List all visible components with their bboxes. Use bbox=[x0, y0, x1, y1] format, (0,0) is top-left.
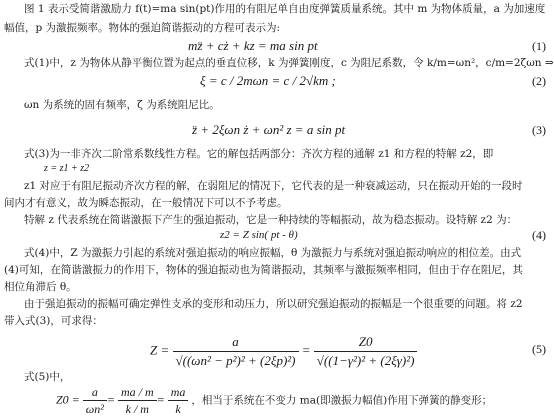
equation-number: (4) bbox=[532, 228, 546, 242]
paragraph-line: 式(3)为一非齐次二阶常系数线性方程。它的解包括两部分：齐次方程的通解 z1 和… bbox=[24, 147, 493, 161]
equation-number: (3) bbox=[532, 123, 546, 137]
paragraph-line: 由于强迫振动的振幅可确定弹性支承的变形和动压力，所以研究强迫振动的振幅是一个很重… bbox=[24, 297, 523, 311]
equation-number: (2) bbox=[532, 74, 546, 88]
paragraph-line: 式(4)中，Z 为激振力引起的系统对强迫振动的响应振幅，θ 为激振力与系统对强迫… bbox=[24, 246, 521, 260]
eq5-lhs: Z = bbox=[150, 342, 169, 357]
eq6-fraction-3: ma k bbox=[168, 384, 189, 417]
paragraph-line: (4)可知，在简谐激振力的作用下，物体的强迫振动也为简谐振动，其频率与激振频率相… bbox=[4, 263, 523, 277]
paragraph-line: 式(1)中，z 为物体从静平衡位置为起点的垂直位移，k 为弹簧刚度，c 为阻尼系… bbox=[24, 56, 554, 70]
equation-5: Z = a √((ωn² − p²)² + (2ξp)²) = Z0 √((1−… bbox=[150, 333, 417, 370]
equation-4: z2 = Z sin( pt - θ) bbox=[220, 228, 298, 242]
eq5-fraction-1: a √((ωn² − p²)² + (2ξp)²) bbox=[173, 333, 299, 370]
paragraph-line: ωn 为系统的固有频率，ζ 为系统阻尼比。 bbox=[24, 98, 220, 112]
eq5-fraction-2: Z0 √((1−γ²)² + (2ξγ)²) bbox=[314, 333, 418, 370]
equation-2: ξ = c / 2mωn = c / 2√km ; bbox=[200, 74, 336, 88]
equation-3: z̈ + 2ξωn ż + ωn² z = a sin pt bbox=[192, 123, 345, 137]
equation-number: (5) bbox=[532, 342, 546, 356]
paragraph-line: 相位角滞后 θ。 bbox=[4, 280, 77, 294]
equation-6: Z0 = a ωn² = ma / m k / m = ma k ，相当于系统在… bbox=[56, 384, 492, 417]
paragraph-line: 带入式(3)，可求得： bbox=[4, 314, 103, 328]
paragraph-line: 图 1 表示受简谐激励力 f(t)=ma sin(pt)作用的有阻尼单自由度弹簧… bbox=[24, 2, 545, 16]
paragraph-line: z = z1 + z2 bbox=[44, 162, 89, 176]
equation-1: mz̈ + cż + kz = ma sin pt bbox=[188, 39, 318, 53]
paragraph-line: 式(5)中， bbox=[24, 370, 70, 384]
paragraph-line: z1 对应于有阻尼振动齐次方程的解，在弱阻尼的情况下，它代表的是一种衰减运动，只… bbox=[24, 179, 523, 193]
equation-number: (1) bbox=[532, 39, 546, 53]
paragraph-line: 幅值，p 为激振频率。物体的强迫简谐振动的方程可表示为: bbox=[4, 21, 280, 35]
eq6-fraction-2: ma / m k / m bbox=[118, 384, 157, 417]
eq6-fraction-1: a ωn² bbox=[83, 384, 107, 417]
paragraph-line: 间内才有意义，故为瞬态振动，在一般情况下可以不予考虑。 bbox=[4, 196, 288, 210]
eq6-explanation: ，相当于系统在不变力 ma(即激振力幅值)作用下弹簧的静变形； bbox=[191, 394, 492, 406]
paragraph-line: 特解 z 代表系统在简谐激振下产生的强迫振动，它是一种持续的等幅振动，故为稳态振… bbox=[24, 213, 517, 227]
